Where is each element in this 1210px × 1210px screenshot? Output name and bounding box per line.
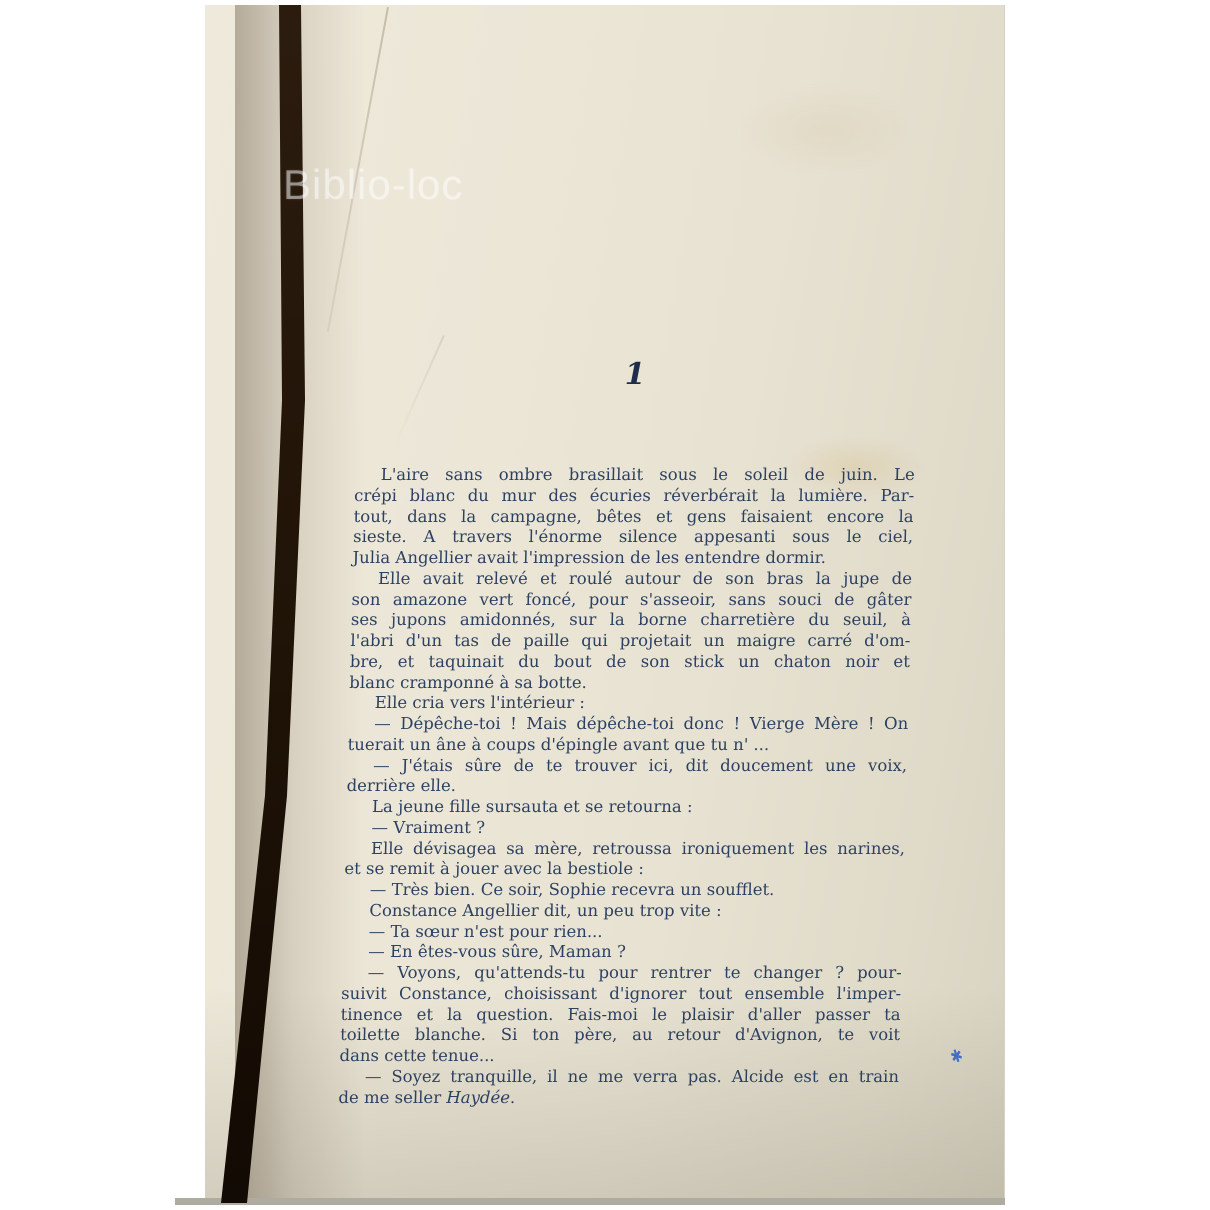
text-line: dans cette tenue...: [339, 1046, 900, 1067]
text-line: bre, et taquinait du bout de son stick u…: [350, 652, 911, 673]
text-line: La jeune fille sursauta et se retourna :: [346, 797, 907, 818]
text-line: — J'étais sûre de te trouver ici, dit do…: [347, 756, 908, 777]
text-line: son amazone vert foncé, pour s'asseoir, …: [351, 590, 912, 611]
text-line: blanc cramponné à sa botte.: [349, 673, 910, 694]
text-line: — Très bien. Ce soir, Sophie recevra un …: [344, 880, 905, 901]
text-line: suivit Constance, choisissant d'ignorer …: [341, 984, 902, 1005]
text-line: Julia Angellier avait l'impression de le…: [352, 548, 913, 569]
text-line: de me seller Haydée.: [338, 1088, 899, 1109]
text-line: ses jupons amidonnés, sur la borne charr…: [351, 610, 912, 631]
text-line: toilette blanche. Si ton père, au retour…: [340, 1025, 901, 1046]
photo-bottom-edge: [175, 1198, 1005, 1205]
text-line: tuerait un âne à coups d'épingle avant q…: [347, 735, 908, 756]
text-line: derrière elle.: [346, 776, 907, 797]
text-line: — Vraiment ?: [345, 818, 906, 839]
text-line: — En êtes-vous sûre, Maman ?: [342, 942, 903, 963]
seller-watermark: Biblio-loc: [283, 161, 463, 209]
text-line: Constance Angellier dit, un peu trop vit…: [343, 901, 904, 922]
text-line: — Voyons, qu'attends-tu pour rentrer te …: [341, 963, 902, 984]
text-block: L'aire sans ombre brasillait sous le sol…: [338, 465, 915, 1108]
text-line: tout, dans la campagne, bêtes et gens fa…: [353, 507, 914, 528]
text-line: — Dépêche-toi ! Mais dépêche-toi donc ! …: [348, 714, 909, 735]
book-photo: Biblio-loc 1 L'aire sans ombre brasillai…: [175, 5, 1005, 1203]
text-line: Elle dévisagea sa mère, retroussa ironiq…: [345, 839, 906, 860]
text-line: sieste. A travers l'énorme silence appes…: [353, 527, 914, 548]
text-line: — Soyez tranquille, il ne me verra pas. …: [339, 1067, 900, 1088]
text-line: tinence et la question. Fais-moi le plai…: [340, 1005, 901, 1026]
text-line: l'abri d'un tas de paille qui projetait …: [350, 631, 911, 652]
text-line: et se remit à jouer avec la bestiole :: [344, 859, 905, 880]
text-line: Elle avait relevé et roulé autour de son…: [352, 569, 913, 590]
text-line: Elle cria vers l'intérieur :: [348, 693, 909, 714]
paper-stain: [735, 85, 915, 175]
chapter-number: 1: [355, 357, 915, 392]
text-line: — Ta sœur n'est pour rien...: [343, 922, 904, 943]
text-line: crépi blanc du mur des écuries réverbéra…: [354, 486, 915, 507]
text-line: L'aire sans ombre brasillait sous le sol…: [354, 465, 915, 486]
